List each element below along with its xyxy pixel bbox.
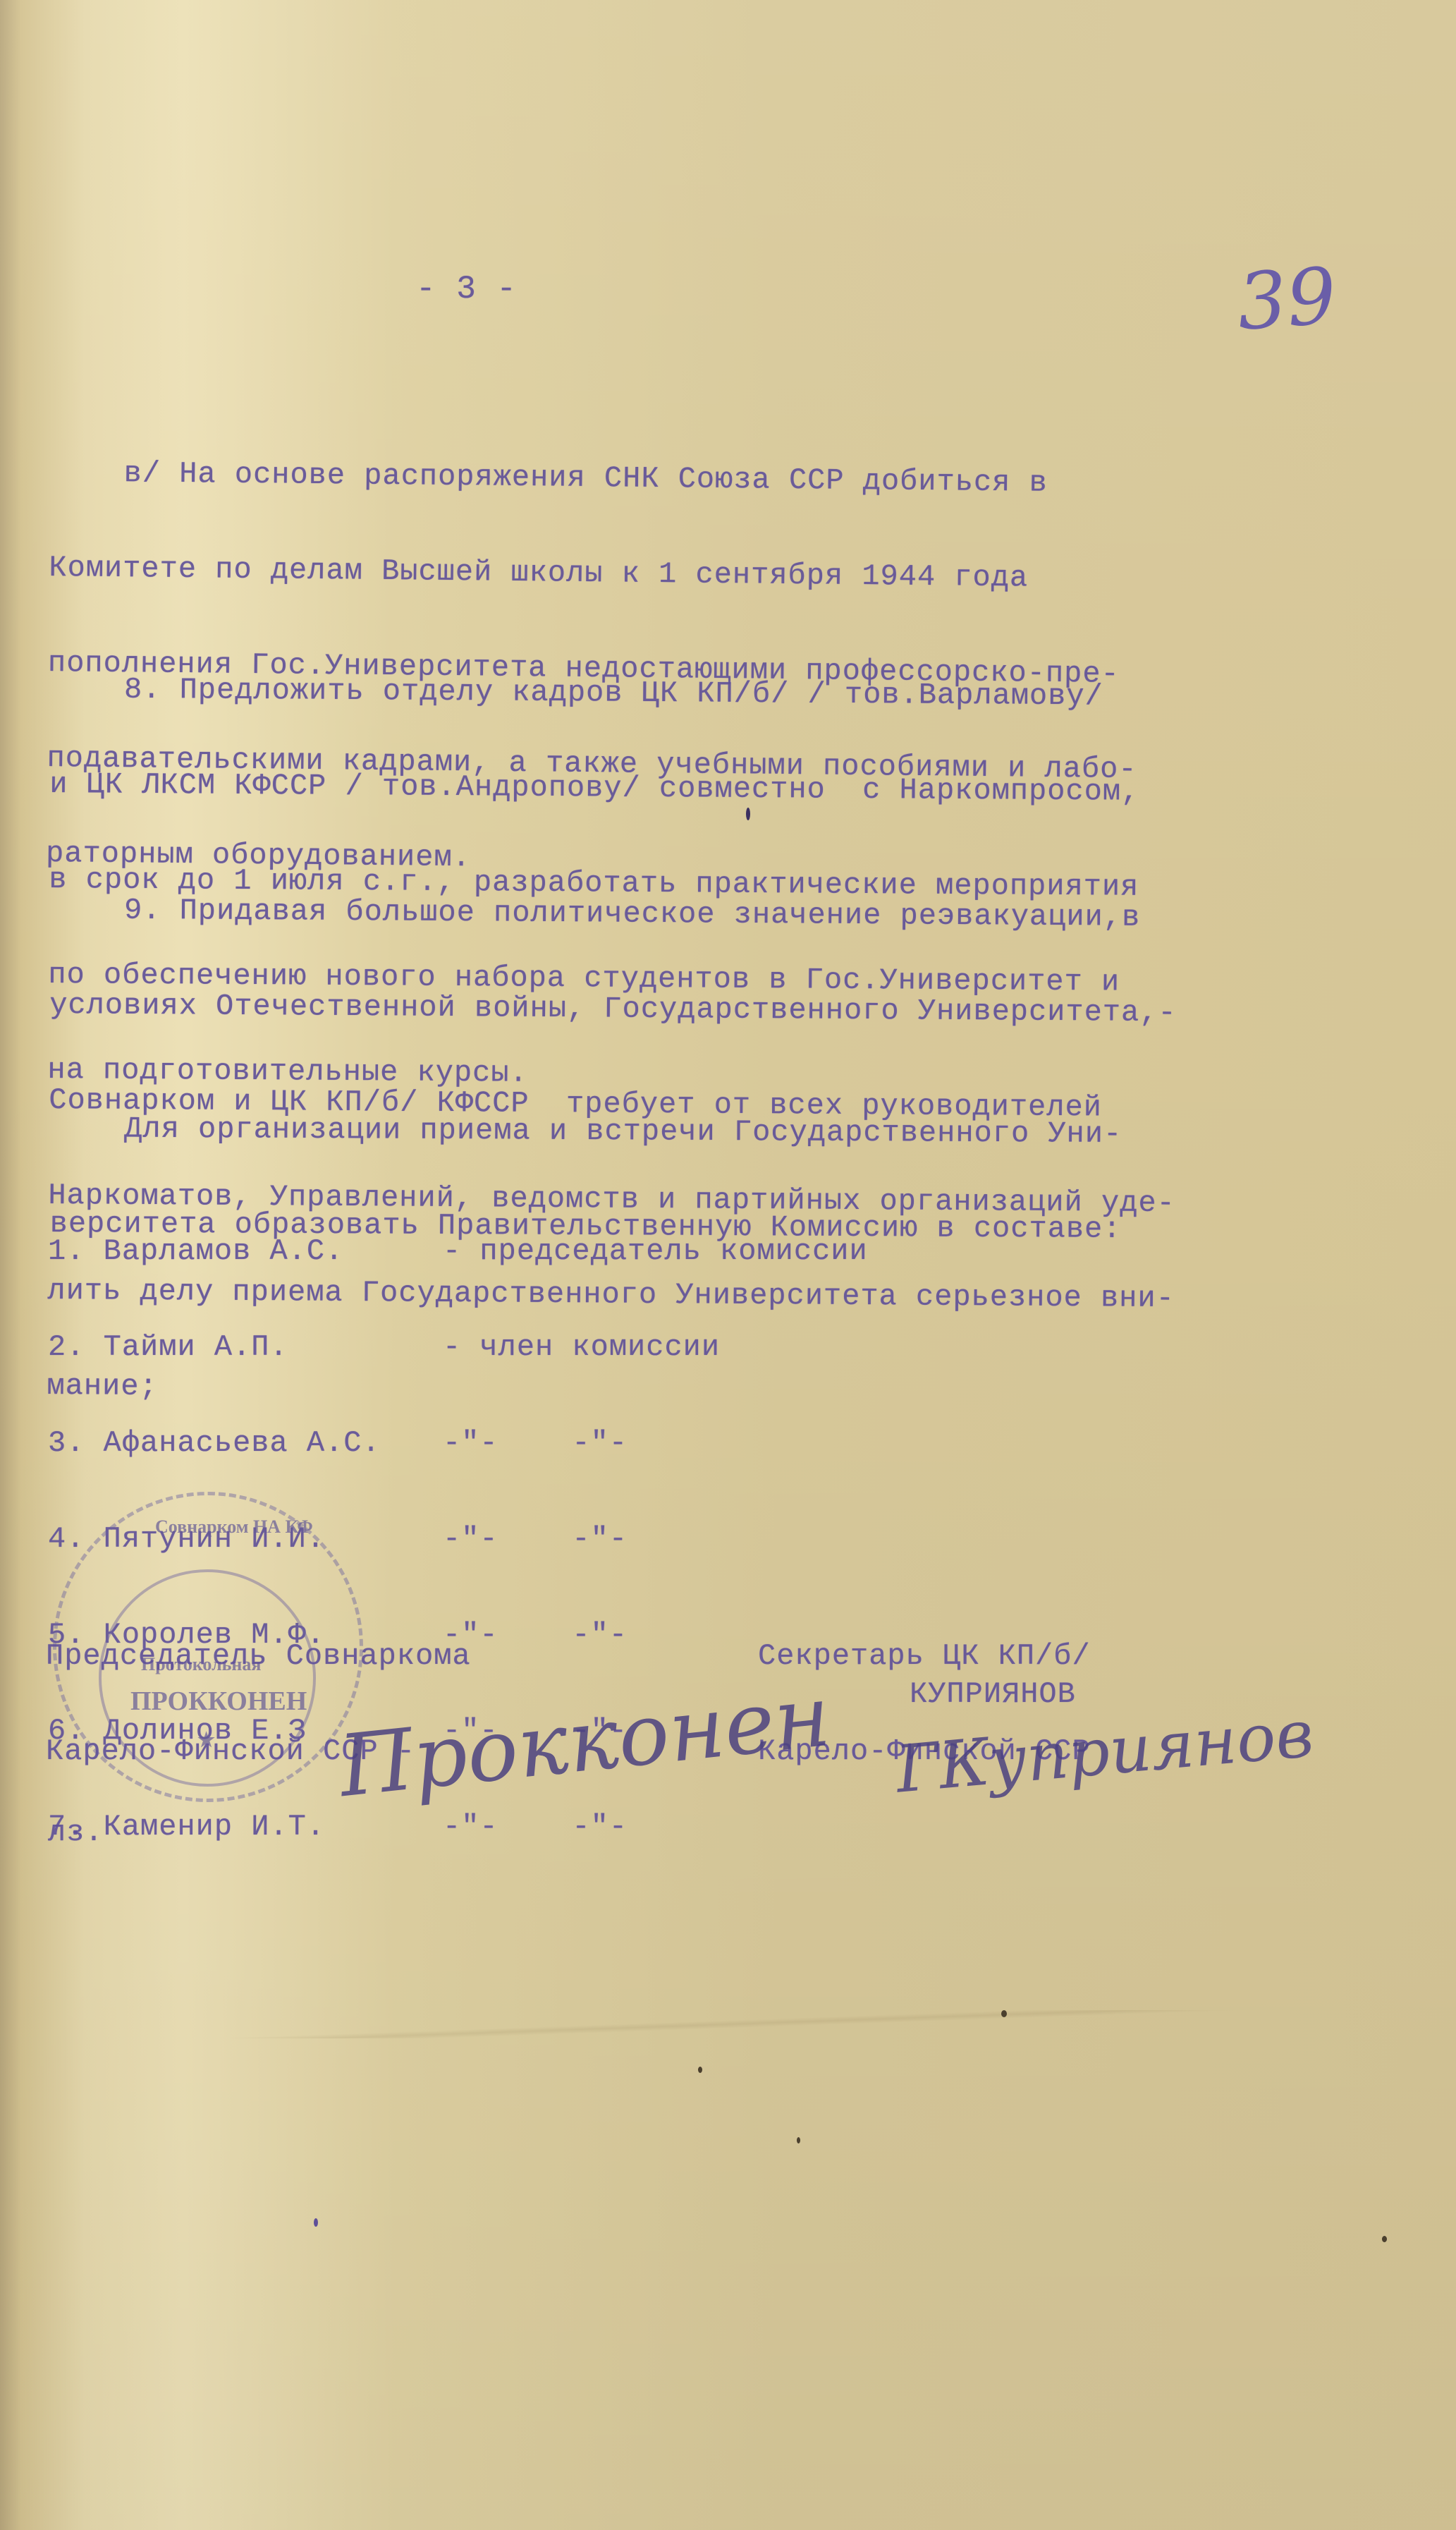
paper-speck [1001, 2010, 1007, 2017]
seal-arc-text: Совнарком НА КФ [155, 1516, 313, 1538]
text-line: 9. Придавая большое политическое значени… [50, 894, 1177, 934]
page-number: - 3 - [416, 274, 517, 305]
signer-title-line: Секретарь ЦК КП/б/ [758, 1641, 1091, 1672]
member-number: 3. [48, 1426, 85, 1460]
list-item: 2. Тайми А.П.- член комиссии [48, 1332, 868, 1364]
member-number: 2. [48, 1330, 85, 1364]
member-name: Афанасьева А.С. [104, 1426, 381, 1460]
typist-initials: лз. [48, 1817, 104, 1849]
text-line: в/ На основе распоряжения СНК Союза ССР … [50, 457, 1140, 500]
member-role: - член комиссии [443, 1332, 720, 1363]
text-line: Комитете по делам Высшей школы к 1 сентя… [49, 552, 1139, 595]
paper-speck [1382, 2236, 1387, 2242]
member-role: -"- -"- [443, 1428, 628, 1459]
paper-speck [698, 2067, 702, 2073]
document-page: - 3 - 39 в/ На основе распоряжения СНК С… [0, 0, 1456, 2530]
ink-speck [746, 808, 750, 820]
member-number: 1. [48, 1234, 85, 1268]
paper-fold [0, 2010, 1456, 2038]
signer-title-line: Председатель Совнаркома [46, 1641, 471, 1672]
member-role: -"- -"- [443, 1524, 628, 1555]
text-line: и ЦК ЛКСМ КФССР / тов.Андропову/ совмест… [49, 769, 1139, 808]
ink-speck [314, 2218, 318, 2227]
folio-number: 39 [1235, 250, 1340, 347]
member-name: Варламов А.С. [104, 1234, 344, 1268]
text-line: 8. Предложить отделу кадров ЦК КП/б/ / т… [50, 674, 1140, 713]
list-item: 3. Афанасьева А.С.-"- -"- [48, 1428, 868, 1460]
text-line: Для организации приема и встречи Государ… [50, 1113, 1122, 1150]
member-number: 4. [48, 1522, 85, 1556]
member-name: Тайми А.П. [104, 1330, 288, 1364]
member-role: - председатель комиссии [443, 1236, 868, 1267]
list-item: 1. Варламов А.С.- председатель комиссии [48, 1236, 868, 1268]
secretary-name: КУПРИЯНОВ [910, 1679, 1076, 1710]
text-line: условиях Отечественной войны, Государств… [49, 990, 1177, 1029]
paper-speck [797, 2137, 800, 2143]
